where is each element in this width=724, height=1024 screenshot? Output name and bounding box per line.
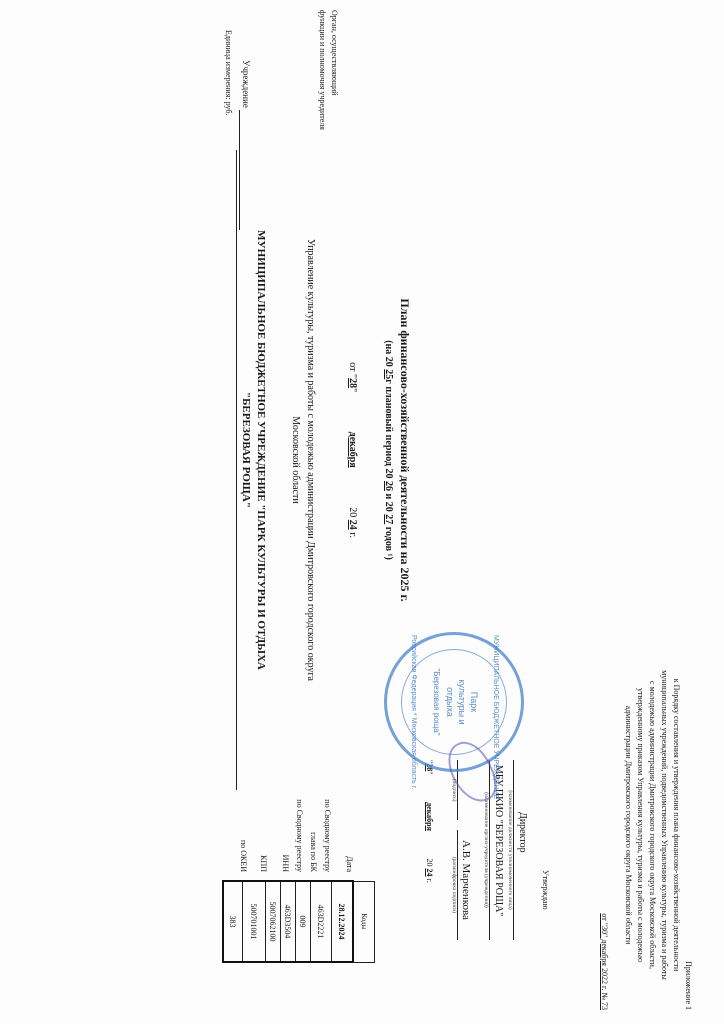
codes-row-labels: Дата по Сводному реестру глава по БК по … [234, 760, 354, 872]
approval-date-suffix: г. [425, 879, 434, 883]
name-caption: (расшифровка подписи) [451, 830, 457, 940]
institution-value-line: "БЕРЕЗОВАЯ РОЩА" [238, 150, 253, 750]
codes-row-label: по Сводному реестру [318, 760, 332, 872]
subtitle-year3: 27 [383, 514, 394, 524]
position-underline [513, 760, 514, 940]
document-date: от "28" декабря 20 24 г. [347, 300, 358, 600]
appendix-line: с молодежью администрации Дмитровского г… [646, 640, 658, 1010]
subtitle-and: и 20 [383, 493, 394, 511]
appendix-line: администрации Дмитровского городского ок… [622, 640, 634, 1010]
date-prefix: от " [347, 362, 358, 378]
approval-header: Утверждаю [541, 870, 550, 910]
appendix-line: муниципальных учреждений, подведомственн… [658, 640, 670, 1010]
date-year: 24 [347, 520, 358, 530]
unit-label: Единица измерения: руб. [224, 30, 233, 115]
codes-row-label: глава по БК [304, 760, 318, 872]
stamp-center-line: "Березовая роща" [432, 635, 441, 769]
subtitle-year2: 26 [383, 481, 394, 491]
codes-row-label: КПП [254, 760, 268, 872]
subtitle-mid: г плановый период 20 [383, 379, 394, 478]
codes-cell: 463D2221 [311, 881, 332, 962]
approval-date: "28" декабря 20 24 г. [425, 760, 434, 883]
codes-cell: 463D3504 [281, 881, 296, 962]
subtitle-year: 25 [383, 369, 394, 379]
approval-name: А.В. Марченкова [460, 840, 472, 920]
institution-label: Учреждение [241, 60, 251, 108]
position-caption: (наименование должности уполномоченного … [507, 760, 513, 940]
approval-date-year-prefix: 20 [425, 859, 434, 867]
codes-row-label: ИНН [276, 760, 290, 872]
approval-date-month: декабря [425, 777, 434, 857]
approval-position: Директор [517, 812, 528, 853]
codes-row-label: Дата [340, 760, 354, 872]
date-quote: " [347, 388, 358, 392]
appendix-title: Приложение 1 [682, 640, 694, 1010]
codes-table: Коды 28.12.2024 463D2221 009 463D3504 50… [222, 880, 375, 963]
organ-value-line: Управление культуры, туризма и работы с … [303, 180, 318, 740]
appendix-line: утвержденному приказом Управления культу… [634, 640, 646, 1010]
organ-value-line: Московской области [288, 180, 303, 740]
organ-label: Орган, осуществляющий функции и полномоч… [316, 10, 340, 130]
codes-cell: 500701001 [243, 881, 266, 962]
organ-label-line: функции и полномочия учредителя [316, 10, 328, 130]
name-underline [457, 830, 458, 940]
appendix-order-ref: от "30" декабря 2022 г. № 73 [598, 640, 610, 1010]
date-suffix: г. [347, 532, 358, 537]
codes-cell: 009 [296, 881, 311, 962]
date-month: декабря [347, 395, 358, 505]
document-page: Приложение 1 к Порядку составления и утв… [0, 0, 724, 1024]
organ-value: Управление культуры, туризма и работы с … [288, 180, 318, 740]
institution-value-line: МУНИЦИПАЛЬНОЕ БЮДЖЕТНОЕ УЧРЕЖДЕНИЕ "ПАРК… [253, 150, 268, 750]
institution-value: МУНИЦИПАЛЬНОЕ БЮДЖЕТНОЕ УЧРЕЖДЕНИЕ "ПАРК… [238, 150, 268, 750]
appendix-block: Приложение 1 к Порядку составления и утв… [598, 640, 694, 1010]
stamp-inner-text: МУНИЦИПАЛЬНОЕ БЮДЖЕТНОЕ УЧРЕЖДЕНИЕ [492, 635, 499, 769]
date-day: 28 [347, 378, 358, 388]
codes-row-label: по ОКЕИ [234, 760, 248, 872]
codes-cell: 5007062100 [266, 881, 281, 962]
document-title: План финансово-хозяйственной деятельност… [397, 200, 412, 700]
subtitle-suffix: годов ¹) [383, 527, 394, 560]
codes-header: Коды [353, 881, 375, 962]
document-subtitle: (на 20 25г плановый период 20 26 и 20 27… [383, 200, 394, 700]
codes-row-label: по Сводному реестру [290, 760, 304, 872]
organ-label-line: Орган, осуществляющий [328, 10, 340, 130]
codes-cell: 383 [223, 881, 243, 962]
approval-date-year: 24 [425, 869, 434, 877]
institution-underline [236, 150, 237, 790]
subtitle-prefix: (на 20 [383, 340, 394, 367]
appendix-line: к Порядку составления и утверждения план… [670, 640, 682, 1010]
codes-cell-date: 28.12.2024 [332, 881, 354, 962]
date-year-prefix: 20 [347, 507, 358, 517]
